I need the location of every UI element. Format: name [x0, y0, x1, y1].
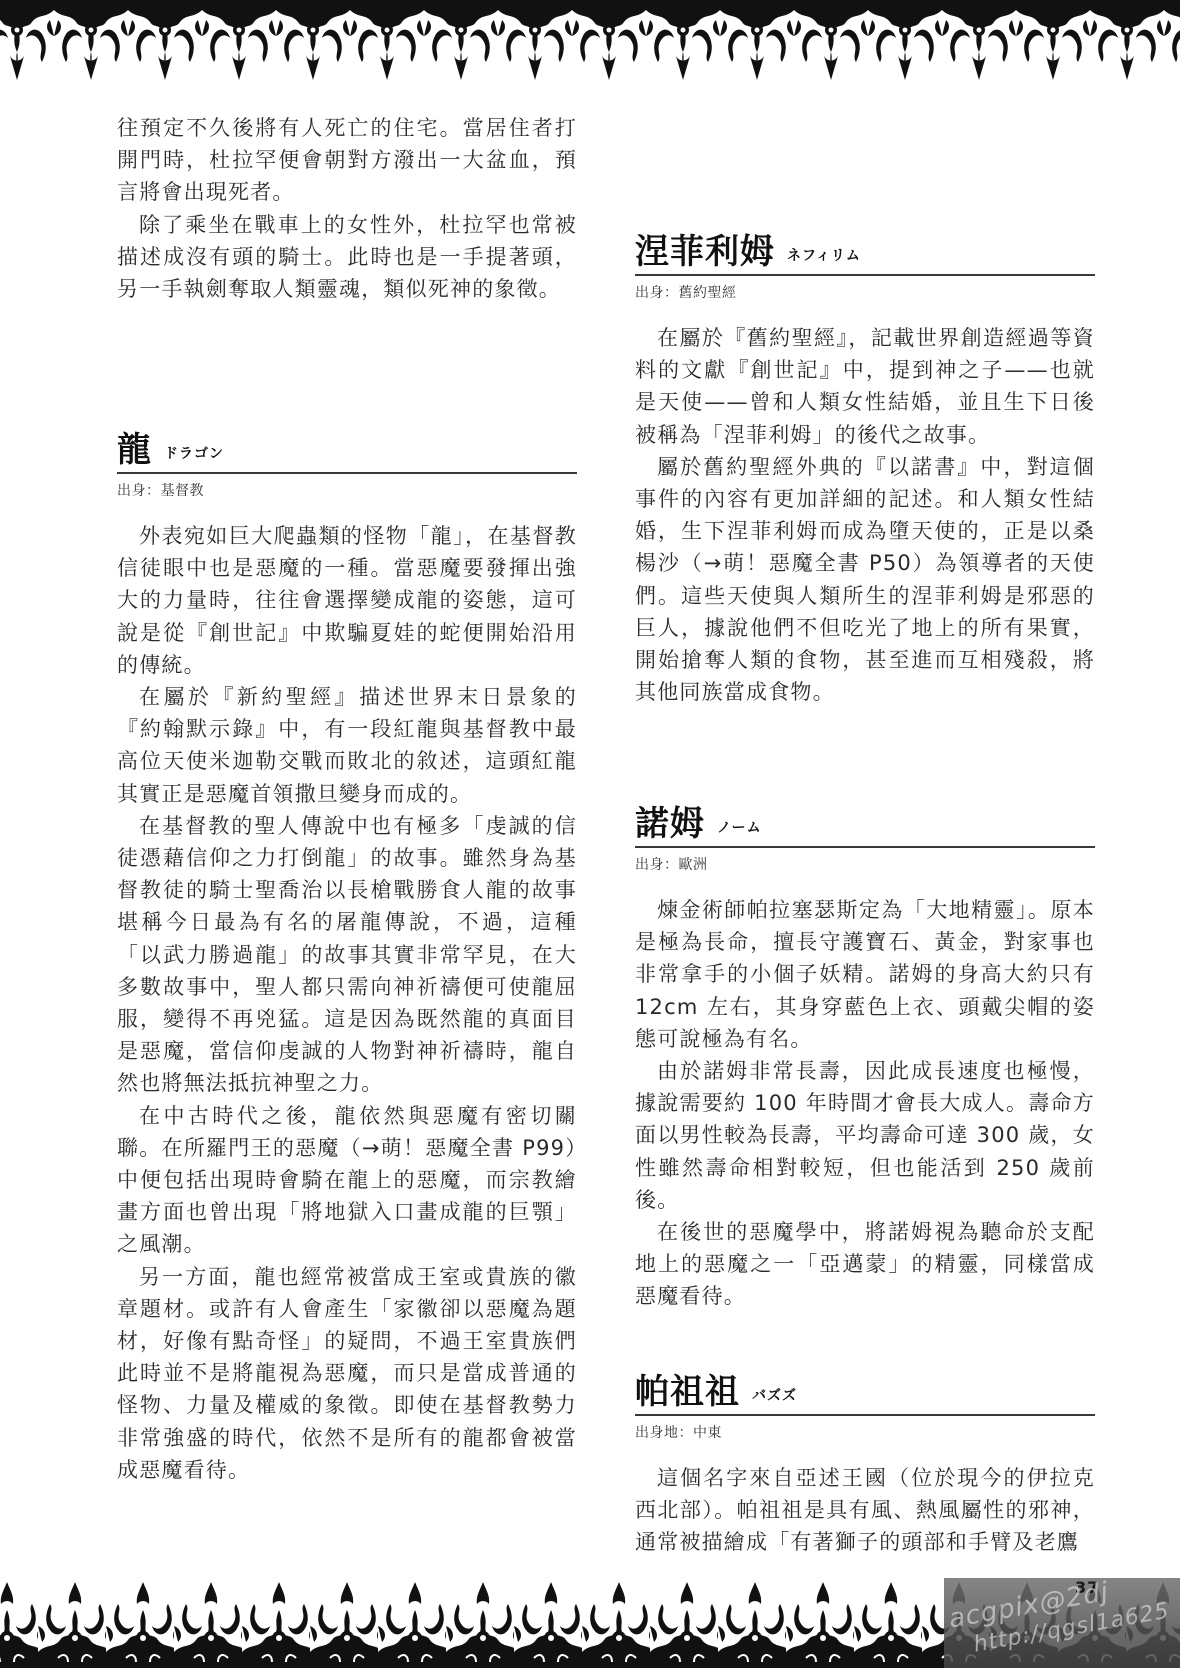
- entry-paragraph: 在屬於『新約聖經』描述世界末日景象的『約翰默示錄』中，有一段紅龍與基督教中最高位…: [117, 681, 577, 810]
- entry-dragon: 龍 ドラゴン 出身：基督教 外表宛如巨大爬蟲類的怪物「龍」，在基督教信徒眼中也是…: [117, 428, 577, 1486]
- entry-paragraph: 另一方面，龍也經常被當成王室或貴族的徽章題材。或許有人會產生「家徽卻以惡魔為題材…: [117, 1261, 577, 1486]
- damask-pattern-icon: [0, 0, 1180, 82]
- entry-origin: 出身地：中東: [635, 1422, 1095, 1442]
- entry-header: 涅菲利姆 ネフィリム: [635, 230, 1095, 276]
- entry-paragraph: 這個名字來自亞述王國（位於現今的伊拉克西北部）。帕祖祖是具有風、熱風屬性的邪神，…: [635, 1462, 1095, 1559]
- entry-paragraph: 煉金術師帕拉塞瑟斯定為「大地精靈」。原本是極為長命，擅長守護寶石、黃金，對家事也…: [635, 894, 1095, 1055]
- entry-paragraph: 在屬於『舊約聖經』，記載世界創造經過等資料的文獻『創世記』中，提到神之子——也就…: [635, 322, 1095, 451]
- entry-header: 諾姆 ノーム: [635, 802, 1095, 848]
- entry-origin: 出身：歐洲: [635, 854, 1095, 874]
- entry-origin: 出身：舊約聖經: [635, 282, 1095, 302]
- continuation-paragraph: 往預定不久後將有人死亡的住宅。當居住者打開門時，杜拉罕便會朝對方潑出一大盆血，預…: [117, 112, 577, 209]
- entry-title: 諾姆: [635, 804, 705, 844]
- entry-kana: ドラゴン: [164, 443, 224, 470]
- entry-pazuzu: 帕祖祖 バズズ 出身地：中東 這個名字來自亞述王國（位於現今的伊拉克西北部）。帕…: [635, 1370, 1095, 1559]
- entry-paragraph: 由於諾姆非常長壽，因此成長速度也極慢，據說需要約 100 年時間才會長大成人。壽…: [635, 1055, 1095, 1216]
- entry-header: 帕祖祖 バズズ: [635, 1370, 1095, 1416]
- entry-paragraph: 屬於舊約聖經外典的『以諾書』中，對這個事件的內容有更加詳細的記述。和人類女性結婚…: [635, 451, 1095, 709]
- entry-title: 龍: [117, 430, 152, 470]
- left-column: 往預定不久後將有人死亡的住宅。當居住者打開門時，杜拉罕便會朝對方潑出一大盆血，預…: [117, 112, 577, 305]
- entry-paragraph: 在中古時代之後，龍依然與惡魔有密切關聯。在所羅門王的惡魔（→萌！惡魔全書 P99…: [117, 1100, 577, 1261]
- entry-gnome: 諾姆 ノーム 出身：歐洲 煉金術師帕拉塞瑟斯定為「大地精靈」。原本是極為長命，擅…: [635, 802, 1095, 1313]
- entry-paragraph: 在後世的惡魔學中，將諾姆視為聽命於支配地上的惡魔之一「亞邁蒙」的精靈，同樣當成惡…: [635, 1216, 1095, 1313]
- ornamental-border-top: [0, 0, 1180, 82]
- entry-origin: 出身：基督教: [117, 480, 577, 500]
- entry-paragraph: 外表宛如巨大爬蟲類的怪物「龍」，在基督教信徒眼中也是惡魔的一種。當惡魔要發揮出強…: [117, 520, 577, 681]
- entry-header: 龍 ドラゴン: [117, 428, 577, 474]
- entry-title: 帕祖祖: [635, 1372, 740, 1412]
- entry-kana: ネフィリム: [787, 245, 861, 272]
- entry-nephilim: 涅菲利姆 ネフィリム 出身：舊約聖經 在屬於『舊約聖經』，記載世界創造經過等資料…: [635, 230, 1095, 708]
- entry-paragraph: 在基督教的聖人傳說中也有極多「虔誠的信徒憑藉信仰之力打倒龍」的故事。雖然身為基督…: [117, 810, 577, 1100]
- continuation-paragraph: 除了乘坐在戰車上的女性外，杜拉罕也常被描述成沒有頭的騎士。此時也是一手提著頭，另…: [117, 209, 577, 306]
- entry-title: 涅菲利姆: [635, 232, 775, 272]
- entry-kana: バズズ: [752, 1385, 797, 1412]
- entry-kana: ノーム: [717, 817, 762, 844]
